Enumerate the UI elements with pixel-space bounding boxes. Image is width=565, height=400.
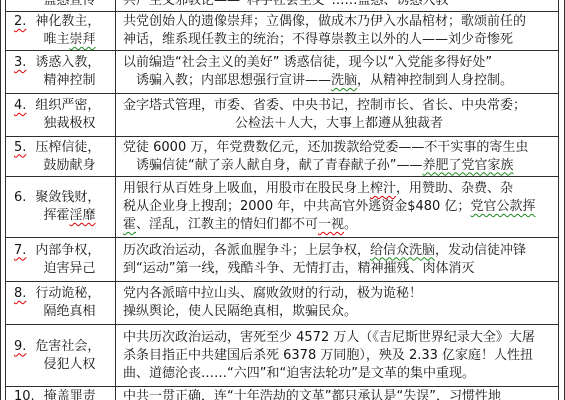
- text-segment: 神化教主，: [35, 14, 100, 29]
- description-line: 党内各派暗中拉山头、腐败敛财的行动，极为诡秘！: [123, 285, 555, 303]
- text-segment: 挥霍: [43, 208, 69, 223]
- item-number: 4.: [14, 97, 26, 115]
- description-line: 公检法＋人大，大事上都遵从独裁者: [123, 115, 555, 133]
- text-segment: 税从企业身上搜刮；2000 年，中共高官外逃资金$480 亿；: [123, 199, 470, 214]
- description-line: 霍、淫乱，江教主的情妇们都不可一视。: [123, 216, 555, 234]
- feature-description-cell: 以前编造“社会主义的美好” 诱惑信徒，现今以“入党能多得好处”诱骗入教；内部思想…: [116, 51, 558, 93]
- feature-description-cell: 共产主义邪教论——“科学社会主义”……蛊惑、诱惑入教: [116, 0, 558, 11]
- description-line: 历次政治运动，各派血腥争斗；上层争权，给信众洗脑，发动信徒冲锋: [123, 242, 555, 260]
- label-line: 10.掩盖罪责: [14, 388, 113, 400]
- label-line: 6.聚敛钱财，: [14, 189, 113, 207]
- table-row: 9.危害社会，侵犯人权中共历次政治运动，害死至少 4572 万人（《吉尼斯世界纪…: [6, 325, 558, 387]
- label-line: 侵犯人权: [14, 356, 113, 374]
- label-line: 2.神化教主，: [14, 13, 113, 31]
- feature-label-cell: 2.神化教主，唯主崇拜: [6, 12, 116, 50]
- label-line: 3.诱惑入教，: [14, 54, 113, 72]
- feature-label-cell: 蛊惑宣传: [6, 0, 116, 11]
- description-line: 杀条目指正中共建国后杀死 6378 万同胞），殃及 2.33 亿家庭！人性扭: [123, 347, 555, 365]
- text-segment: 独裁极权: [43, 116, 95, 131]
- text-segment: 隔绝真相: [43, 304, 95, 319]
- item-number: 5.: [14, 139, 26, 157]
- text-segment: 精神控制: [43, 73, 95, 88]
- label-line: 迫害异己: [14, 260, 113, 278]
- text-segment: 给信众洗脑: [370, 243, 435, 258]
- text-segment: 霍: [123, 217, 136, 232]
- feature-label-cell: 8.行动诡秘，隔绝真相: [6, 282, 116, 324]
- text-segment: 侵犯人权: [43, 357, 95, 372]
- label-line: 9.危害社会，: [14, 338, 113, 356]
- label-line: 挥霍淫靡: [14, 207, 113, 225]
- feature-description-cell: 共党创始人的遗像崇拜；立偶像，做成木乃伊入水晶棺材；歌颂前任的神话，维系现任教主…: [116, 12, 558, 50]
- text-segment: 诱惑入教，: [35, 55, 100, 70]
- feature-description-cell: 中共一贯正确，连“十年浩劫的文革”都只承认是“失误”，习惯性地: [116, 387, 558, 400]
- label-line: 7.内部争权，: [14, 242, 113, 260]
- text-segment: 以前编造“社会主义的美好” 诱惑信徒，现今以“入党能多得好处”: [123, 55, 492, 70]
- item-number: 3.: [14, 54, 26, 72]
- text-segment: 养肥了党官家族: [422, 158, 513, 173]
- feature-description-cell: 党内各派暗中拉山头、腐败敛财的行动，极为诡秘！操纵舆论，使人民隔绝真相，欺骗民众…: [116, 282, 558, 324]
- description-line: 党徒 6000 万，年党费数亿元，还加拨款给党委——不干实事的寄生虫: [123, 139, 555, 157]
- text-segment: 用银行从百姓身上吸血，用股市在股民身上: [123, 181, 370, 196]
- text-segment: 到“运动”第一线，残酷斗争、无情打击，精神摧残、肉体消灭: [123, 261, 474, 276]
- item-number: 6.: [14, 189, 26, 207]
- item-number: 7.: [14, 242, 26, 260]
- feature-label-cell: 4.组织严密，独裁极权: [6, 94, 116, 136]
- text-segment: ，从精神控制到人身控制。: [357, 73, 513, 88]
- text-segment: 蛊惑宣传: [43, 0, 95, 8]
- label-line: 蛊惑宣传: [14, 0, 113, 10]
- table-row: 蛊惑宣传共产主义邪教论——“科学社会主义”……蛊惑、诱惑入教: [6, 0, 558, 12]
- text-segment: 神话，维系现任教主的统治；不得尊崇教主以外的人——刘少奇惨死: [123, 32, 513, 47]
- text-segment: 曲、道德沦丧……“六四”和“迫害法轮功”是文革的集中重现。: [123, 366, 475, 381]
- label-line: 8.行动诡秘，: [14, 285, 113, 303]
- feature-description-cell: 历次政治运动，各派血腥争斗；上层争权，给信众洗脑，发动信徒冲锋到“运动”第一线，…: [116, 238, 558, 281]
- feature-description-cell: 中共历次政治运动，害死至少 4572 万人（《吉尼斯世界纪录大全》大屠杀条目指正…: [116, 325, 558, 386]
- description-line: 金字塔式管理，市委、省委、中央书记，控制市长、省长、中央常委；: [123, 97, 555, 115]
- text-segment: ，用赞助、杂费、杂: [396, 181, 513, 196]
- text-segment: 共党创始人的遗像崇拜；立偶像，做成木乃伊入水晶棺材；歌颂前任的: [123, 14, 526, 29]
- text-segment: 党官公款挥: [470, 199, 535, 214]
- text-segment: 杀条目指正中共建国后杀死 6378 万同胞），殃及 2.33 亿家庭！人性扭: [123, 348, 533, 363]
- description-line: 用银行从百姓身上吸血，用股市在股民身上榨汁，用赞助、杂费、杂: [123, 180, 555, 198]
- label-line: 独裁极权: [14, 115, 113, 133]
- label-line: 精神控制: [14, 72, 113, 90]
- table-row: 10.掩盖罪责中共一贯正确，连“十年浩劫的文革”都只承认是“失误”，习惯性地: [6, 387, 558, 400]
- text-segment: 历次政治运动，各派血腥争斗；上层争权，: [123, 243, 370, 258]
- description-line: 曲、道德沦丧……“六四”和“迫害法轮功”是文革的集中重现。: [123, 365, 555, 383]
- cult-features-table: 蛊惑宣传共产主义邪教论——“科学社会主义”……蛊惑、诱惑入教2.神化教主，唯主崇…: [5, 0, 559, 400]
- table-row: 2.神化教主，唯主崇拜共党创始人的遗像崇拜；立偶像，做成木乃伊入水晶棺材；歌颂前…: [6, 12, 558, 51]
- item-number: 10.: [14, 388, 35, 400]
- text-segment: 聚敛钱财，: [35, 190, 100, 205]
- description-line: 诱骗信徒“献了亲人献自身，献了青春献子孙”——养肥了党官家族: [123, 157, 555, 175]
- description-line: 到“运动”第一线，残酷斗争、无情打击，精神摧残、肉体消灭: [123, 260, 555, 278]
- feature-label-cell: 10.掩盖罪责: [6, 387, 116, 400]
- description-line: 中共一贯正确，连“十年浩劫的文革”都只承认是“失误”，习惯性地: [123, 388, 555, 400]
- table-row: 6.聚敛钱财，挥霍淫靡用银行从百姓身上吸血，用股市在股民身上榨汁，用赞助、杂费、…: [6, 177, 558, 238]
- text-segment: 压榨信徒，: [35, 140, 100, 155]
- description-line: 神话，维系现任教主的统治；不得尊崇教主以外的人——刘少奇惨死: [123, 31, 555, 49]
- table-row: 3.诱惑入教，精神控制以前编造“社会主义的美好” 诱惑信徒，现今以“入党能多得好…: [6, 51, 558, 94]
- feature-description-cell: 金字塔式管理，市委、省委、中央书记，控制市长、省长、中央常委；公检法＋人大，大事…: [116, 94, 558, 136]
- feature-label-cell: 5.压榨信徒，鼓励献身: [6, 137, 116, 176]
- text-segment: 一视: [318, 217, 344, 232]
- text-segment: 金字塔式管理，市委、省委、中央书记，控制市长、省长、中央常委；: [123, 98, 526, 113]
- feature-label-cell: 9.危害社会，侵犯人权: [6, 325, 116, 386]
- description-line: 税从企业身上搜刮；2000 年，中共高官外逃资金$480 亿；党官公款挥: [123, 198, 555, 216]
- description-line: 中共历次政治运动，害死至少 4572 万人（《吉尼斯世界纪录大全》大屠: [123, 329, 555, 347]
- feature-description-cell: 党徒 6000 万，年党费数亿元，还加拨款给党委——不干实事的寄生虫诱骗信徒“献…: [116, 137, 558, 176]
- item-number: 8.: [14, 285, 26, 303]
- outer-border-left: [0, 0, 1, 400]
- text-segment: 掩盖罪责: [44, 389, 96, 400]
- table-row: 4.组织严密，独裁极权金字塔式管理，市委、省委、中央书记，控制市长、省长、中央常…: [6, 94, 558, 137]
- text-segment: 洗脑: [331, 73, 357, 88]
- feature-description-cell: 用银行从百姓身上吸血，用股市在股民身上榨汁，用赞助、杂费、杂税从企业身上搜刮；2…: [116, 177, 558, 237]
- description-line: 以前编造“社会主义的美好” 诱惑信徒，现今以“入党能多得好处”: [123, 54, 555, 72]
- word-document-table-view: 蛊惑宣传共产主义邪教论——“科学社会主义”……蛊惑、诱惑入教2.神化教主，唯主崇…: [0, 0, 565, 400]
- feature-label-cell: 3.诱惑入教，精神控制: [6, 51, 116, 93]
- description-line: 共党创始人的遗像崇拜；立偶像，做成木乃伊入水晶棺材；歌颂前任的: [123, 13, 555, 31]
- text-segment: 、淫乱，江教主的情妇们都不可: [136, 217, 318, 232]
- text-segment: 共产主义邪教论——“科学社会主义”……蛊惑、诱惑入教: [123, 0, 448, 8]
- text-segment: 诱骗入教；内部思想强行宣讲——: [136, 73, 331, 88]
- label-line: 5.压榨信徒，: [14, 139, 113, 157]
- text-segment: 党徒 6000 万，年党费数亿元，还加拨款给党委——不干实事的寄生虫: [123, 140, 528, 155]
- text-segment: 唯主: [43, 32, 69, 47]
- text-segment: 行动诡秘，: [35, 286, 100, 301]
- label-line: 4.组织严密，: [14, 97, 113, 115]
- table-row: 5.压榨信徒，鼓励献身党徒 6000 万，年党费数亿元，还加拨款给党委——不干实…: [6, 137, 558, 177]
- description-line: 操纵舆论，使人民隔绝真相，欺骗民众。: [123, 303, 555, 321]
- text-segment: ，发动信徒冲锋: [435, 243, 526, 258]
- text-segment: 迫害异己: [43, 261, 95, 276]
- text-segment: 中共一贯正确，连“十年浩劫的文革”都只承认是“失误”，习惯性地: [123, 389, 501, 400]
- text-segment: 鼓励献身: [43, 158, 95, 173]
- table-row: 7.内部争权，迫害异己历次政治运动，各派血腥争斗；上层争权，给信众洗脑，发动信徒…: [6, 238, 558, 282]
- text-segment: 中共历次政治运动，害死至少 4572 万人（《吉尼斯世界纪录大全》大屠: [123, 330, 535, 345]
- text-segment: 。: [344, 217, 357, 232]
- description-line: 诱骗入教；内部思想强行宣讲——洗脑，从精神控制到人身控制。: [123, 72, 555, 90]
- text-segment: 操纵舆论，使人民隔绝真相，欺骗民众。: [123, 304, 357, 319]
- item-number: 2.: [14, 13, 26, 31]
- text-segment: 榨汁: [370, 181, 396, 196]
- feature-label-cell: 6.聚敛钱财，挥霍淫靡: [6, 177, 116, 237]
- text-segment: 内部争权，: [35, 243, 100, 258]
- text-segment: 诱骗信徒“献了亲人献自身，献了青春献子孙”——: [136, 158, 422, 173]
- text-segment: 淫靡: [70, 208, 96, 223]
- text-segment: 危害社会，: [35, 339, 100, 354]
- text-segment: 组织严密，: [35, 98, 100, 113]
- label-line: 鼓励献身: [14, 157, 113, 175]
- text-segment: 党内各派暗中拉山头、腐败敛财的行动，极为诡秘！: [123, 286, 422, 301]
- text-segment: 公检法＋人大，大事上都遵从独裁者: [235, 116, 443, 131]
- feature-label-cell: 7.内部争权，迫害异己: [6, 238, 116, 281]
- label-line: 唯主崇拜: [14, 31, 113, 49]
- item-number: 9.: [14, 338, 26, 356]
- table-row: 8.行动诡秘，隔绝真相党内各派暗中拉山头、腐败敛财的行动，极为诡秘！操纵舆论，使…: [6, 282, 558, 325]
- description-line: 共产主义邪教论——“科学社会主义”……蛊惑、诱惑入教: [123, 0, 555, 10]
- label-line: 隔绝真相: [14, 303, 113, 321]
- text-segment: 崇拜: [70, 32, 96, 47]
